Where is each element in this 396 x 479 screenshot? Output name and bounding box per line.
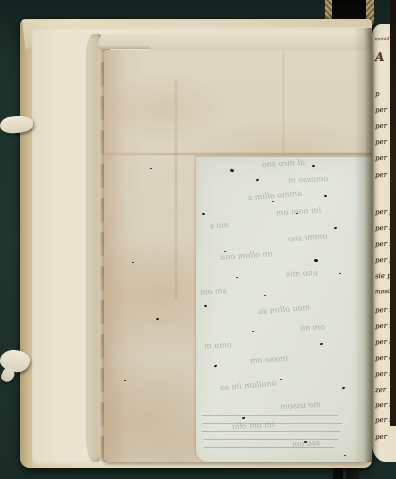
ink-speck [202,213,205,216]
bleedthrough-line: sm om [200,286,227,297]
bleedthrough-line: im ollom onu [220,249,273,262]
ink-speck [314,259,319,263]
gutter-shadow [354,28,372,462]
ink-speck [320,343,323,345]
bleedthrough-line: ammo ollim s [248,189,303,203]
bleedthrough-line: uno mis [286,268,318,279]
bleedthrough-line: al mro sno [262,158,305,170]
ink-speck [214,364,218,367]
ink-speck [256,178,260,181]
bleedthrough-line: mou ollim su [258,303,311,316]
manuscript-line: per [375,154,387,162]
ruled-line [202,415,338,416]
ink-speck [156,318,159,320]
ink-speck [344,455,346,456]
manuscript-line: nanad [375,36,390,42]
manuscript-line: per [375,171,387,179]
manuscript-line: A [375,50,385,64]
ink-speck [236,277,238,278]
ink-speck [124,380,126,381]
manuscript-line: zer [375,386,386,394]
bleedthrough-line: ommi sno [288,231,328,243]
vertical-fold-crease-right [283,50,284,156]
bleedthrough-line: omu m [204,340,232,350]
ink-speck [342,386,346,389]
ink-speck [150,168,152,169]
manuscript-line: p [375,90,380,98]
ink-speck [132,262,134,263]
ink-speck [334,226,338,229]
manuscript-line: per [375,122,387,130]
ink-speck [324,194,328,197]
archival-book-photograph: nanadApperperperperperper pper laper mpe… [0,0,396,479]
bleedthrough-line: imsso om [250,354,289,366]
inset-note-sheet: al mro snoomosso mammo ollim sim nom omm… [196,157,372,462]
vertical-fold-crease-left [175,80,177,300]
bleedthrough-line: im nom om [276,205,322,217]
ink-speck [230,168,235,173]
bleedthrough-line: mo ussom [280,400,321,412]
ruled-line [202,423,342,424]
bleedthrough-line: om mi [300,322,326,333]
bleedthrough-line: mo s [210,221,230,231]
ruled-line [204,447,334,448]
ink-speck [296,213,298,214]
ink-speck [204,304,208,307]
ink-speck [339,273,341,274]
ruled-line [202,431,340,432]
ink-speck [252,331,254,332]
ink-speck [304,441,307,443]
manuscript-line: per [375,138,387,146]
horizontal-stain-crease [104,153,372,155]
ink-speck [242,417,245,419]
book-board-right-edge [390,0,396,426]
ink-speck [272,201,274,203]
bleedthrough-line: omosso m [288,174,329,185]
ink-speck [312,165,315,167]
ink-speck [264,295,266,297]
bleedthrough-line: onollam im so [220,379,277,393]
ruled-line [204,439,338,440]
manuscript-line: per [375,433,387,441]
ink-speck [280,379,282,381]
manuscript-line: per [375,106,387,114]
bleedthrough-line: im om ollo [232,420,275,431]
